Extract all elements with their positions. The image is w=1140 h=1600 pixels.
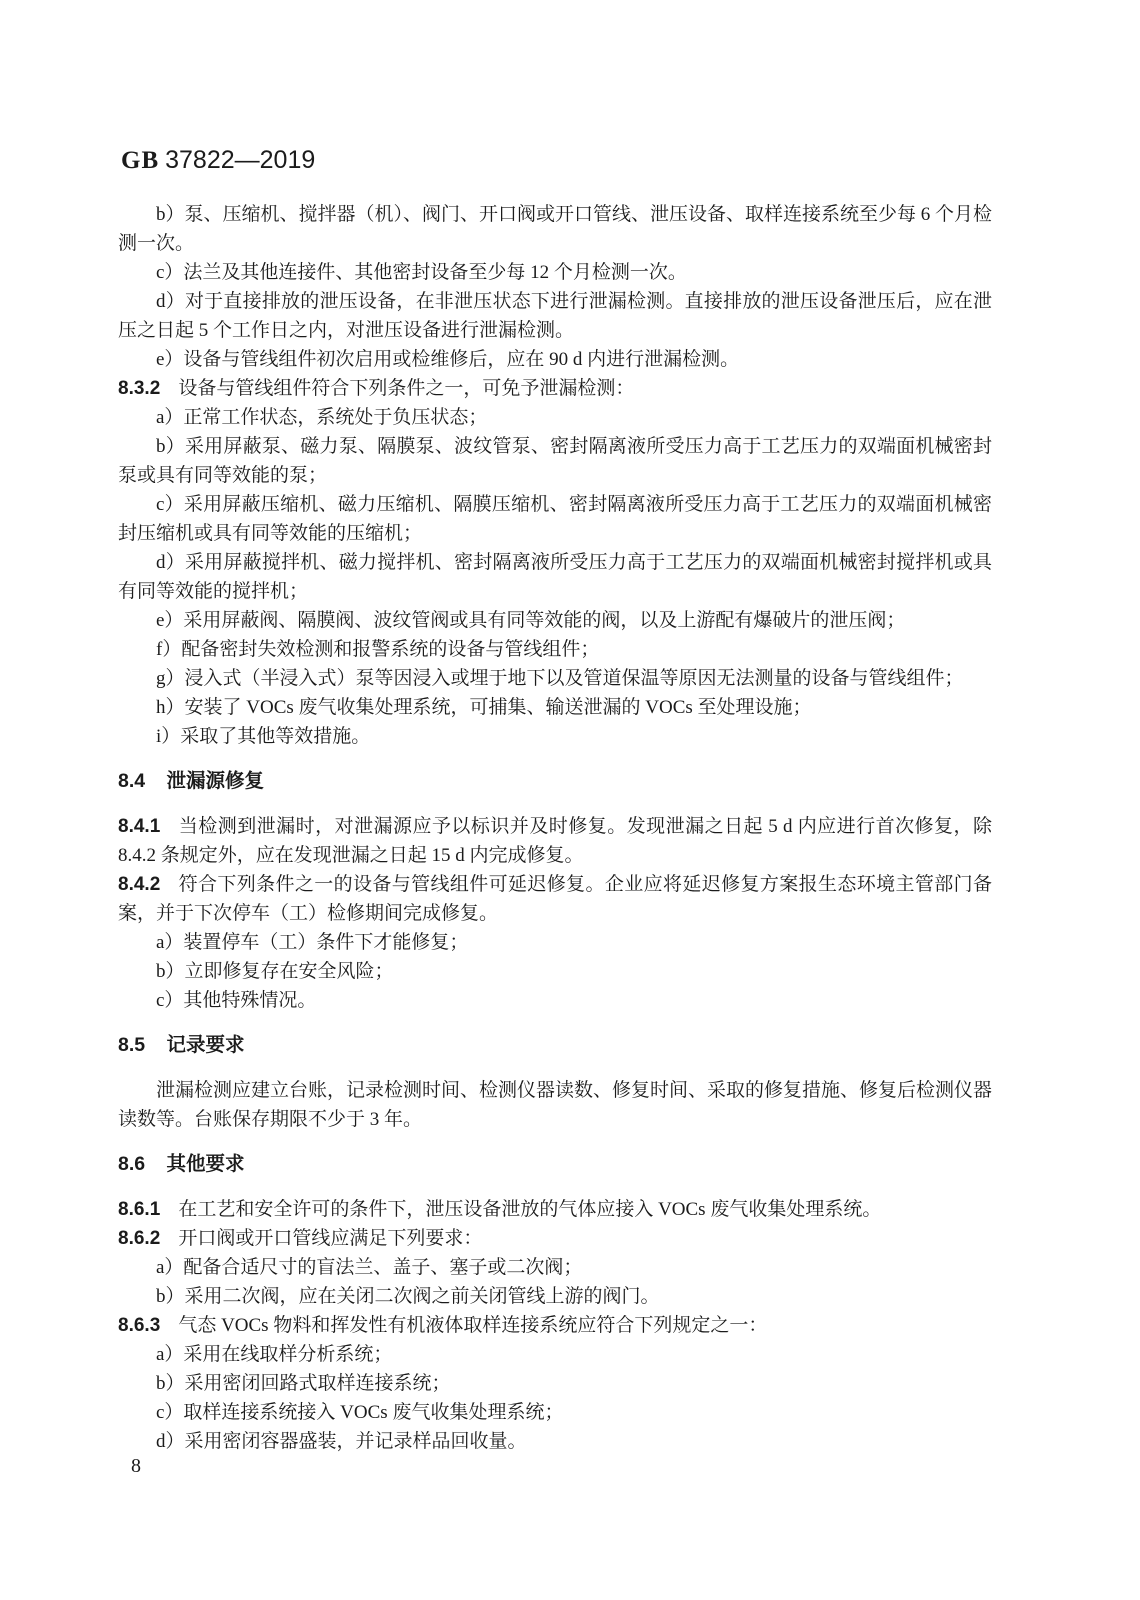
text-run: c）采用屏蔽压缩机、磁力压缩机、隔膜压缩机、密封隔离液所受压力高于工艺压力的双端… xyxy=(118,494,992,544)
text-run: f）配备密封失效检测和报警系统的设备与管线组件； xyxy=(156,639,599,660)
text-run: c）法兰及其他连接件、其他密封设备至少每 12 个月检测一次。 xyxy=(156,262,687,283)
list-item: a）配备合适尺寸的盲法兰、盖子、塞子或二次阀； xyxy=(118,1253,992,1282)
section-title: 泄漏源修复 xyxy=(167,770,265,792)
list-item: a）装置停车（工）条件下才能修复； xyxy=(118,928,992,957)
text-run: 符合下列条件之一的设备与管线组件可延迟修复。企业应将延迟修复方案报生态环境主管部… xyxy=(118,874,992,924)
clause-number: 8.3.2 xyxy=(118,378,160,399)
list-item: b）泵、压缩机、搅拌器（机）、阀门、开口阀或开口管线、泄压设备、取样连接系统至少… xyxy=(118,200,992,258)
clause-number: 8.6.3 xyxy=(118,1315,160,1336)
page-number: 8 xyxy=(131,1452,141,1481)
section-heading: 8.5记录要求 xyxy=(118,1031,992,1060)
clause-paragraph: 8.6.3气态 VOCs 物料和挥发性有机液体取样连接系统应符合下列规定之一： xyxy=(118,1311,992,1340)
body-paragraph: 泄漏检测应建立台账，记录检测时间、检测仪器读数、修复时间、采取的修复措施、修复后… xyxy=(118,1076,992,1134)
document-page: GB37822—2019 b）泵、压缩机、搅拌器（机）、阀门、开口阀或开口管线、… xyxy=(0,0,1140,1600)
text-run: 设备与管线组件符合下列条件之一，可免予泄漏检测： xyxy=(178,378,634,399)
standard-code-number: 37822—2019 xyxy=(165,146,315,174)
list-item: h）安装了 VOCs 废气收集处理系统，可捕集、输送泄漏的 VOCs 至处理设施… xyxy=(118,693,992,722)
clause-paragraph: 8.6.2开口阀或开口管线应满足下列要求： xyxy=(118,1224,992,1253)
list-item: f）配备密封失效检测和报警系统的设备与管线组件； xyxy=(118,635,992,664)
list-item: i）采取了其他等效措施。 xyxy=(118,722,992,751)
section-number: 8.4 xyxy=(118,770,145,792)
section-number: 8.5 xyxy=(118,1034,145,1056)
section-heading: 8.4泄漏源修复 xyxy=(118,767,992,796)
text-run: b）泵、压缩机、搅拌器（机）、阀门、开口阀或开口管线、泄压设备、取样连接系统至少… xyxy=(118,204,992,254)
text-run: 在工艺和安全许可的条件下，泄压设备泄放的气体应接入 VOCs 废气收集处理系统。 xyxy=(178,1199,881,1220)
text-run: a）装置停车（工）条件下才能修复； xyxy=(156,932,468,953)
section-number: 8.6 xyxy=(118,1153,145,1175)
text-run: d）采用密闭容器盛装，并记录样品回收量。 xyxy=(156,1431,527,1452)
text-run: a）正常工作状态，系统处于负压状态； xyxy=(156,407,487,428)
list-item: b）立即修复存在安全风险； xyxy=(118,957,992,986)
text-run: e）设备与管线组件初次启用或检维修后，应在 90 d 内进行泄漏检测。 xyxy=(156,349,739,370)
clause-paragraph: 8.4.2符合下列条件之一的设备与管线组件可延迟修复。企业应将延迟修复方案报生态… xyxy=(118,870,992,928)
running-header: GB37822—2019 xyxy=(121,146,315,175)
text-run: i）采取了其他等效措施。 xyxy=(156,726,370,747)
list-item: c）其他特殊情况。 xyxy=(118,986,992,1015)
standard-code-prefix: GB xyxy=(121,147,159,174)
clause-paragraph: 8.4.1当检测到泄漏时，对泄漏源应予以标识并及时修复。发现泄漏之日起 5 d … xyxy=(118,812,992,870)
clause-paragraph: 8.6.1在工艺和安全许可的条件下，泄压设备泄放的气体应接入 VOCs 废气收集… xyxy=(118,1195,992,1224)
list-item: e）设备与管线组件初次启用或检维修后，应在 90 d 内进行泄漏检测。 xyxy=(118,345,992,374)
text-run: 气态 VOCs 物料和挥发性有机液体取样连接系统应符合下列规定之一： xyxy=(178,1315,767,1336)
document-body: b）泵、压缩机、搅拌器（机）、阀门、开口阀或开口管线、泄压设备、取样连接系统至少… xyxy=(118,200,992,1456)
text-run: c）其他特殊情况。 xyxy=(156,990,316,1011)
section-heading: 8.6其他要求 xyxy=(118,1150,992,1179)
list-item: d）对于直接排放的泄压设备，在非泄压状态下进行泄漏检测。直接排放的泄压设备泄压后… xyxy=(118,287,992,345)
list-item: b）采用密闭回路式取样连接系统； xyxy=(118,1369,992,1398)
text-run: 泄漏检测应建立台账，记录检测时间、检测仪器读数、修复时间、采取的修复措施、修复后… xyxy=(118,1080,992,1130)
text-run: a）配备合适尺寸的盲法兰、盖子、塞子或二次阀； xyxy=(156,1257,582,1278)
text-run: b）采用屏蔽泵、磁力泵、隔膜泵、波纹管泵、密封隔离液所受压力高于工艺压力的双端面… xyxy=(118,436,992,486)
list-item: d）采用屏蔽搅拌机、磁力搅拌机、密封隔离液所受压力高于工艺压力的双端面机械密封搅… xyxy=(118,548,992,606)
text-run: 当检测到泄漏时，对泄漏源应予以标识并及时修复。发现泄漏之日起 5 d 内应进行首… xyxy=(118,816,992,866)
clause-number: 8.6.2 xyxy=(118,1228,160,1249)
text-run: c）取样连接系统接入 VOCs 废气收集处理系统； xyxy=(156,1402,563,1423)
text-run: b）采用二次阀，应在关闭二次阀之前关闭管线上游的阀门。 xyxy=(156,1286,660,1307)
list-item: d）采用密闭容器盛装，并记录样品回收量。 xyxy=(118,1427,992,1456)
text-run: h）安装了 VOCs 废气收集处理系统，可捕集、输送泄漏的 VOCs 至处理设施… xyxy=(156,697,812,718)
list-item: c）法兰及其他连接件、其他密封设备至少每 12 个月检测一次。 xyxy=(118,258,992,287)
list-item: g）浸入式（半浸入式）泵等因浸入或埋于地下以及管道保温等原因无法测量的设备与管线… xyxy=(118,664,992,693)
list-item: e）采用屏蔽阀、隔膜阀、波纹管阀或具有同等效能的阀，以及上游配有爆破片的泄压阀； xyxy=(118,606,992,635)
section-title: 记录要求 xyxy=(167,1034,245,1056)
text-run: a）采用在线取样分析系统； xyxy=(156,1344,392,1365)
clause-number: 8.4.1 xyxy=(118,816,160,837)
text-run: 开口阀或开口管线应满足下列要求： xyxy=(178,1228,482,1249)
text-run: e）采用屏蔽阀、隔膜阀、波纹管阀或具有同等效能的阀，以及上游配有爆破片的泄压阀； xyxy=(156,610,905,631)
text-run: d）采用屏蔽搅拌机、磁力搅拌机、密封隔离液所受压力高于工艺压力的双端面机械密封搅… xyxy=(118,552,992,602)
clause-paragraph: 8.3.2设备与管线组件符合下列条件之一，可免予泄漏检测： xyxy=(118,374,992,403)
text-run: g）浸入式（半浸入式）泵等因浸入或埋于地下以及管道保温等原因无法测量的设备与管线… xyxy=(156,668,964,689)
text-run: b）采用密闭回路式取样连接系统； xyxy=(156,1373,451,1394)
list-item: b）采用二次阀，应在关闭二次阀之前关闭管线上游的阀门。 xyxy=(118,1282,992,1311)
list-item: c）采用屏蔽压缩机、磁力压缩机、隔膜压缩机、密封隔离液所受压力高于工艺压力的双端… xyxy=(118,490,992,548)
list-item: a）正常工作状态，系统处于负压状态； xyxy=(118,403,992,432)
list-item: a）采用在线取样分析系统； xyxy=(118,1340,992,1369)
list-item: c）取样连接系统接入 VOCs 废气收集处理系统； xyxy=(118,1398,992,1427)
section-title: 其他要求 xyxy=(167,1153,245,1175)
text-run: b）立即修复存在安全风险； xyxy=(156,961,394,982)
clause-number: 8.6.1 xyxy=(118,1199,160,1220)
text-run: d）对于直接排放的泄压设备，在非泄压状态下进行泄漏检测。直接排放的泄压设备泄压后… xyxy=(118,291,992,341)
list-item: b）采用屏蔽泵、磁力泵、隔膜泵、波纹管泵、密封隔离液所受压力高于工艺压力的双端面… xyxy=(118,432,992,490)
clause-number: 8.4.2 xyxy=(118,874,160,895)
